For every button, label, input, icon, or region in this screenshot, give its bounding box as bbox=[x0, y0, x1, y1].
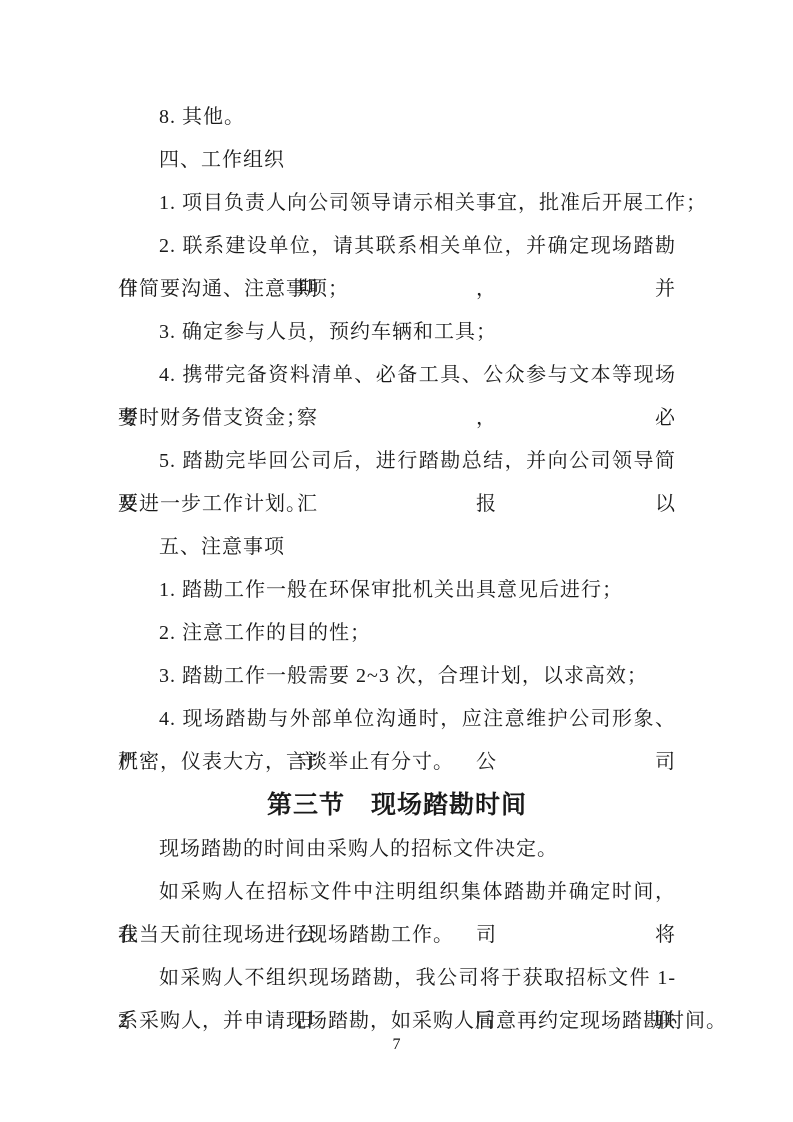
page-number: 7 bbox=[0, 1036, 793, 1054]
section-heading: 第三节 现场踏勘时间 bbox=[118, 784, 676, 828]
document-line: 1. 踏勘工作一般在环保审批机关出具意见后进行； bbox=[118, 569, 676, 612]
document-line: 3. 踏勘工作一般需要 2~3 次，合理计划，以求高效； bbox=[118, 655, 676, 698]
document-line: 2. 联系建设单位，请其联系相关单位，并确定现场踏勘日期，并 bbox=[118, 225, 676, 268]
document-line: 四、工作组织 bbox=[118, 139, 676, 182]
document-line: 5. 踏勘完毕回公司后，进行踏勘总结，并向公司领导简要汇报以 bbox=[118, 440, 676, 483]
document-line: 3. 确定参与人员，预约车辆和工具； bbox=[118, 311, 676, 354]
document-line: 如采购人不组织现场踏勘，我公司将于获取招标文件 1-2 日后联 bbox=[118, 957, 676, 1000]
document-line: 五、注意事项 bbox=[118, 526, 676, 569]
document-line: 4. 现场踏勘与外部单位沟通时，应注意维护公司形象、严守公司 bbox=[118, 698, 676, 741]
document-page: 8. 其他。 四、工作组织 1. 项目负责人向公司领导请示相关事宜，批准后开展工… bbox=[0, 0, 793, 1122]
document-line: 现场踏勘的时间由采购人的招标文件决定。 bbox=[118, 828, 676, 871]
document-line: 8. 其他。 bbox=[118, 96, 676, 139]
document-line: 2. 注意工作的目的性； bbox=[118, 612, 676, 655]
document-line: 1. 项目负责人向公司领导请示相关事宜，批准后开展工作； bbox=[118, 182, 676, 225]
document-line: 如采购人在招标文件中注明组织集体踏勘并确定时间，我公司将 bbox=[118, 871, 676, 914]
document-line: 4. 携带完备资料清单、必备工具、公众参与文本等现场考察，必 bbox=[118, 354, 676, 397]
